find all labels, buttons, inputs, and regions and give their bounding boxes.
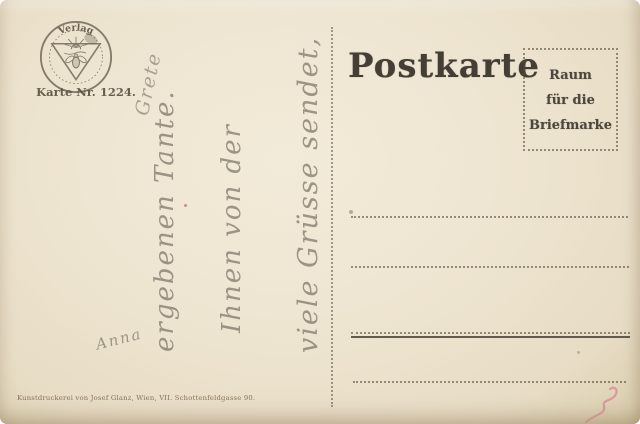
postcard-paper: Verlag Karte Nr. 1224. Postkarte Raum fü… — [0, 0, 640, 424]
center-divider-line — [331, 27, 333, 407]
printer-imprint: Kunstdruckerei von Josef Glanz, Wien, VI… — [17, 394, 247, 402]
address-line-3-dotted — [351, 332, 630, 334]
stamp-box-line3: Briefmarke — [525, 113, 616, 138]
stamp-box: Raum für die Briefmarke — [523, 48, 618, 151]
stamp-box-line2: für die — [525, 88, 616, 113]
postcard-title: Postkarte — [348, 46, 512, 86]
address-line-2 — [351, 266, 629, 268]
address-line-1 — [351, 216, 628, 218]
handwritten-message-line2: Ihnen von der — [217, 59, 247, 333]
card-number: Karte Nr. 1224. — [30, 85, 142, 99]
postcard-scan: Verlag Karte Nr. 1224. Postkarte Raum fü… — [0, 0, 640, 424]
paper-speck — [577, 351, 580, 354]
address-line-3-rule — [351, 336, 630, 338]
paper-speck — [349, 210, 353, 214]
paper-speck — [184, 204, 187, 207]
handwritten-message-line1: viele Grüsse sendet, — [293, 33, 324, 353]
red-flourish-mark — [580, 380, 640, 424]
stamp-box-line1: Raum — [525, 63, 616, 88]
